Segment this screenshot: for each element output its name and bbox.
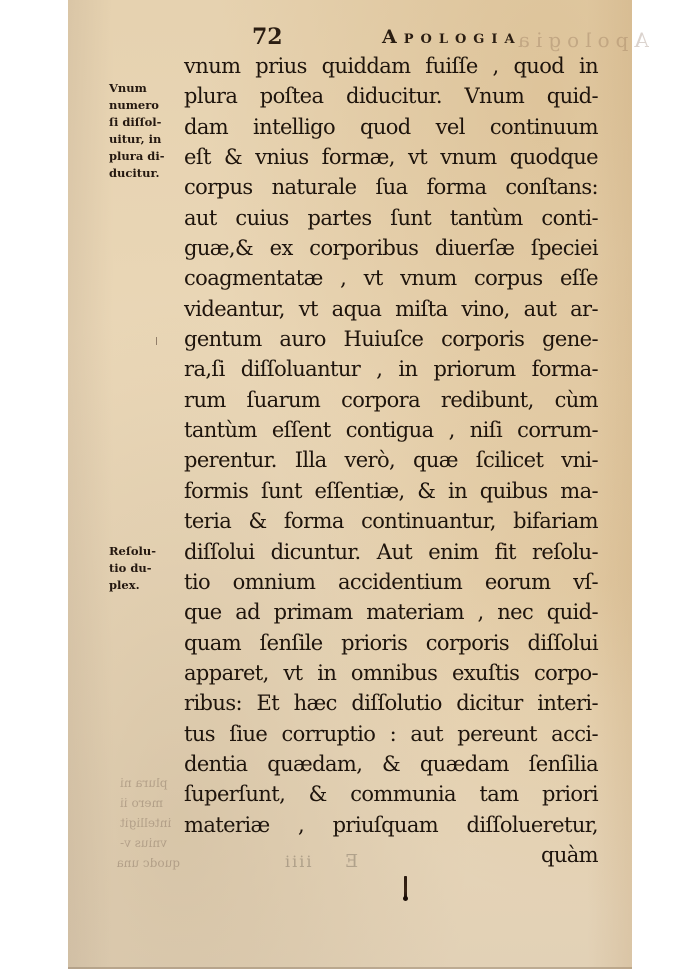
margin-note-line: tio du- bbox=[109, 560, 181, 577]
ink-blot bbox=[404, 876, 407, 898]
text-line: ſuperſunt, & communia tam priori bbox=[184, 779, 598, 809]
running-head: Apologia bbox=[382, 26, 522, 48]
main-text-block: vnum prius quiddam fuiſſe , quod in plur… bbox=[184, 51, 598, 870]
text-line: guæ,& ex corporibus diuerſæ ſpeciei bbox=[184, 233, 598, 263]
margin-tick-mark bbox=[156, 337, 157, 345]
text-line: apparet, vt in omnibus exuſtis corpo- bbox=[184, 658, 598, 688]
text-line: dentia quædam, & quædam ſenſilia bbox=[184, 749, 598, 779]
text-line: aut cuius partes ſunt tantùm conti- bbox=[184, 203, 598, 233]
text-line: tus ſiue corruptio : aut pereunt acci- bbox=[184, 719, 598, 749]
page-number: 72 bbox=[252, 24, 283, 50]
text-line: teria & forma continuantur, bifariam bbox=[184, 506, 598, 536]
text-line: gentum auro Huiuſce corporis gene- bbox=[184, 324, 598, 354]
signature-letter-bleed: E bbox=[345, 851, 358, 872]
show-through-line: quodc una bbox=[120, 853, 180, 873]
text-line: tantùm eſſent contigua , niſi corrum- bbox=[184, 415, 598, 445]
page-header: Apologia 72 Apologia bbox=[252, 24, 662, 54]
show-through-line: intelligit bbox=[120, 813, 180, 833]
signature-mark-bleed: iiii bbox=[285, 852, 313, 871]
show-through-line: vnius v- bbox=[120, 833, 180, 853]
text-line: materiæ , priuſquam diſſolueretur, bbox=[184, 810, 598, 840]
margin-note-line: ducitur. bbox=[109, 165, 181, 182]
margin-note-line: ſi diſſol- bbox=[109, 114, 181, 131]
margin-note-vnum-numero: Vnum numero ſi diſſol- uitur, in plura d… bbox=[109, 80, 181, 182]
text-line: rum ſuarum corpora redibunt, cùm bbox=[184, 385, 598, 415]
show-through-line: plura ni bbox=[120, 773, 180, 793]
text-line: vnum prius quiddam fuiſſe , quod in bbox=[184, 51, 598, 81]
text-line: diſſolui dicuntur. Aut enim fit reſolu- bbox=[184, 537, 598, 567]
text-line: coagmentatæ , vt vnum corpus eſſe bbox=[184, 263, 598, 293]
margin-note-line: plex. bbox=[109, 577, 181, 594]
margin-note-line: plura di- bbox=[109, 148, 181, 165]
text-line: que ad primam materiam , nec quid- bbox=[184, 597, 598, 627]
text-line: ra,ſi diſſoluantur , in priorum forma- bbox=[184, 354, 598, 384]
text-line: corpus naturale ſua forma conſtans: bbox=[184, 172, 598, 202]
margin-note-line: uitur, in bbox=[109, 131, 181, 148]
margin-note-line: Vnum bbox=[109, 80, 181, 97]
text-line: videantur, vt aqua miſta vino, aut ar- bbox=[184, 294, 598, 324]
text-line: plura poſtea diducitur. Vnum quid- bbox=[184, 81, 598, 111]
text-line: dam intelligo quod vel continuum bbox=[184, 112, 598, 142]
text-line: ribus: Et hæc diſſolutio dicitur interi- bbox=[184, 688, 598, 718]
text-line: perentur. Illa verò, quæ ſcilicet vni- bbox=[184, 445, 598, 475]
catchword: quàm bbox=[184, 840, 598, 870]
text-line: formis ſunt eſſentiæ, & in quibus ma- bbox=[184, 476, 598, 506]
text-line: eſt & vnius formæ, vt vnum quodque bbox=[184, 142, 598, 172]
margin-note-line: numero bbox=[109, 97, 181, 114]
text-line: tio omnium accidentium eorum vſ- bbox=[184, 567, 598, 597]
show-through-text: plura ni mero ii intelligit vnius v- quo… bbox=[120, 773, 180, 873]
margin-note-line: Reſolu- bbox=[109, 543, 181, 560]
bleed-through-running-head: Apologia bbox=[512, 28, 649, 52]
show-through-line: mero ii bbox=[120, 793, 180, 813]
text-line: quam ſenſile prioris corporis diſſolui bbox=[184, 628, 598, 658]
margin-note-resolutio-duplex: Reſolu- tio du- plex. bbox=[109, 543, 181, 594]
